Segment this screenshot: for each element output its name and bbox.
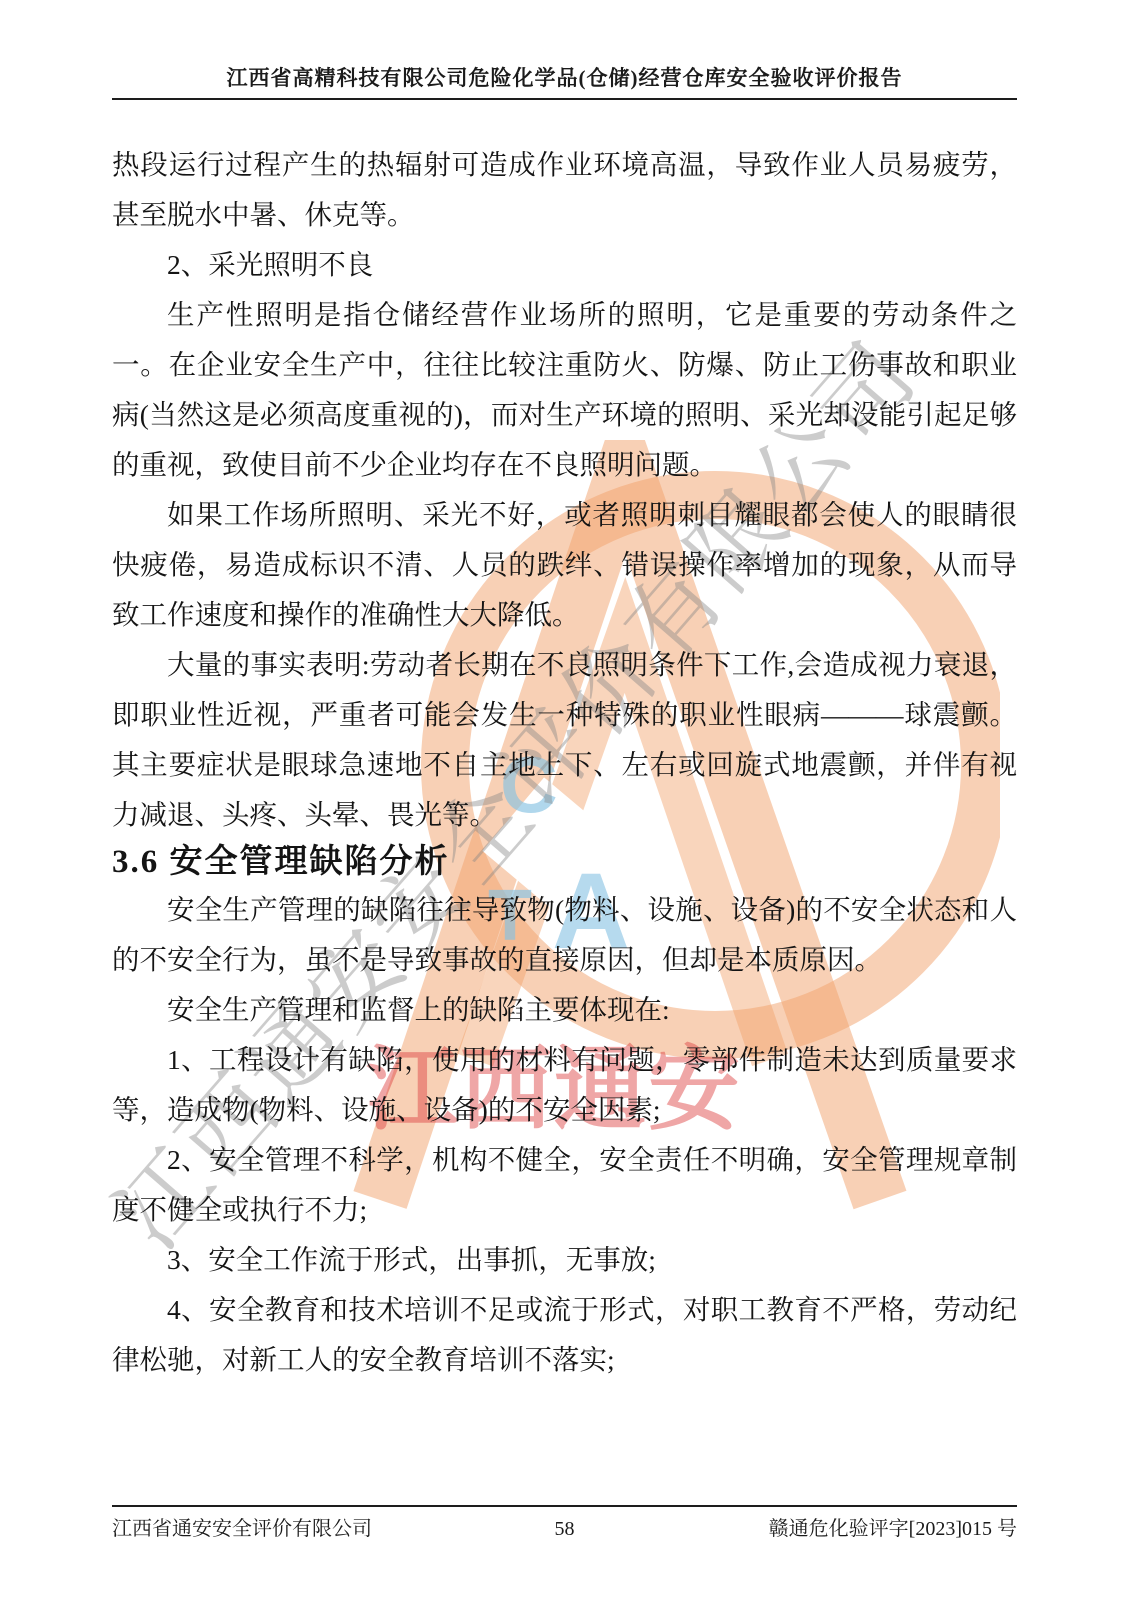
page-header-title: 江西省高精科技有限公司危险化学品(仓储)经营仓库安全验收评价报告 <box>0 62 1129 92</box>
paragraph: 如果工作场所照明、采光不好，或者照明刺目耀眼都会使人的眼睛很快疲倦，易造成标识不… <box>112 490 1017 640</box>
page-foreground: 江西省高精科技有限公司危险化学品(仓储)经营仓库安全验收评价报告 热段运行过程产… <box>0 0 1129 1600</box>
document-body: 热段运行过程产生的热辐射可造成作业环境高温，导致作业人员易疲劳，甚至脱水中暑、休… <box>112 140 1017 1385</box>
paragraph: 4、安全教育和技术培训不足或流于形式，对职工教育不严格，劳动纪律松驰，对新工人的… <box>112 1285 1017 1385</box>
paragraph: 大量的事实表明:劳动者长期在不良照明条件下工作,会造成视力衰退，即职业性近视，严… <box>112 640 1017 840</box>
page-footer: 江西省通安安全评价有限公司 58 赣通危化验评字[2023]015 号 <box>112 1512 1017 1541</box>
paragraph: 2、安全管理不科学，机构不健全，安全责任不明确，安全管理规章制度不健全或执行不力… <box>112 1135 1017 1235</box>
paragraph: 安全生产管理和监督上的缺陷主要体现在: <box>112 985 1017 1035</box>
footer-rule <box>112 1505 1017 1507</box>
page-number: 58 <box>555 1518 575 1541</box>
paragraph: 2、采光照明不良 <box>112 240 1017 290</box>
paragraph: 3、安全工作流于形式，出事抓，无事放; <box>112 1235 1017 1285</box>
paragraph: 热段运行过程产生的热辐射可造成作业环境高温，导致作业人员易疲劳，甚至脱水中暑、休… <box>112 140 1017 240</box>
section-heading: 3.6 安全管理缺陷分析 <box>112 840 1017 885</box>
document-page: C T A 江西通安安全评价有限公司 江西通安 江西省高精科技有限公司危险化学品… <box>0 0 1129 1600</box>
paragraph: 安全生产管理的缺陷往往导致物(物料、设施、设备)的不安全状态和人的不安全行为，虽… <box>112 885 1017 985</box>
paragraph: 1、工程设计有缺陷，使用的材料有问题，零部件制造未达到质量要求等，造成物(物料、… <box>112 1035 1017 1135</box>
paragraph: 生产性照明是指仓储经营作业场所的照明，它是重要的劳动条件之一。在企业安全生产中，… <box>112 290 1017 490</box>
header-rule <box>112 98 1017 100</box>
footer-company: 江西省通安安全评价有限公司 <box>112 1512 555 1541</box>
footer-doc-number: 赣通危化验评字[2023]015 号 <box>575 1512 1018 1541</box>
